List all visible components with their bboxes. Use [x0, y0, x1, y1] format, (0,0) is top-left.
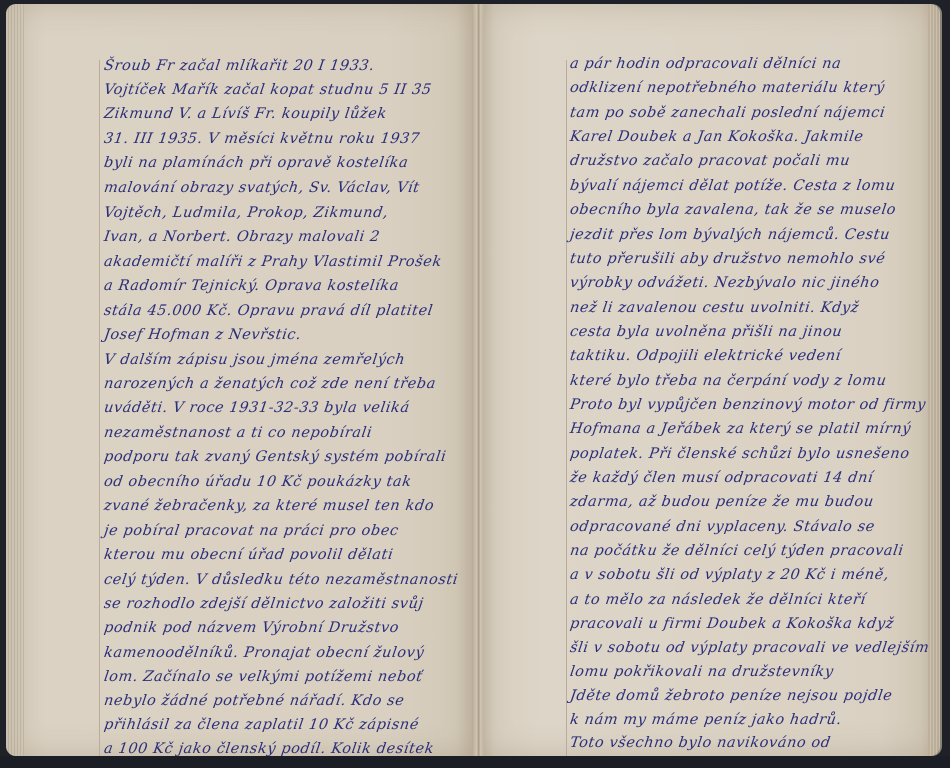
handwritten-line: Toto všechno bylo navikováno od: [569, 735, 832, 751]
handwritten-line: výrobky odvážeti. Nezbývalo nic jiného: [569, 275, 881, 291]
handwritten-line: že každý člen musí odpracovati 14 dní: [569, 470, 874, 486]
handwritten-line: a Radomír Tejnický. Oprava kostelíka: [103, 278, 400, 294]
book-spine-gutter: [472, 4, 484, 756]
handwritten-line: tam po sobě zanechali poslední nájemci: [569, 105, 886, 121]
handwritten-line: pracovali u firmi Doubek a Kokoška když: [569, 616, 895, 632]
handwritten-line: a v sobotu šli od výplaty z 20 Kč i méně…: [569, 567, 890, 583]
handwritten-line: Karel Doubek a Jan Kokoška. Jakmile: [569, 129, 865, 145]
handwritten-line: je pobíral pracovat na práci pro obec: [103, 523, 400, 539]
handwritten-line: a 100 Kč jako členský podíl. Kolik desít…: [103, 741, 435, 757]
handwritten-line: obecního byla zavalena, tak že se muselo: [569, 202, 897, 218]
handwritten-line: Ivan, a Norbert. Obrazy malovali 2: [103, 229, 381, 245]
handwritten-line: na počátku že dělníci celý týden pracova…: [569, 543, 905, 559]
handwritten-line: zdarma, až budou peníze že mu budou: [569, 494, 875, 510]
left-page-edges: [6, 4, 24, 756]
left-page-margin-line: [99, 60, 100, 756]
handwritten-line: Vojtěch, Ludmila, Prokop, Zikmund,: [103, 205, 389, 221]
handwritten-line: zvané žebračenky, za které musel ten kdo: [103, 498, 435, 514]
handwritten-line: Zikmund V. a Lívíš Fr. koupily lůžek: [103, 106, 388, 122]
handwritten-line: cesta byla uvolněna přišli na jinou: [569, 324, 844, 340]
handwritten-line: akademičtí malíři z Prahy Vlastimil Proš…: [103, 254, 443, 270]
handwritten-line: a to mělo za následek že dělníci kteří: [569, 592, 867, 608]
handwritten-line: byli na plamínách při opravě kostelíka: [103, 155, 410, 171]
handwritten-line: podporu tak zvaný Gentský systém pobíral…: [103, 449, 447, 465]
right-page-margin-line: [566, 60, 567, 756]
handwritten-line: se rozhodlo zdejší dělnictvo založiti sv…: [103, 596, 425, 612]
handwritten-line: narozených a ženatých což zde není třeba: [103, 376, 437, 392]
handwritten-line: lom. Začínalo se velkými potížemi neboť: [103, 669, 424, 685]
handwritten-line: stála 45.000 Kč. Opravu pravá díl platit…: [103, 303, 434, 319]
handwritten-line: uváděti. V roce 1931-32-33 byla veliká: [103, 400, 411, 416]
handwritten-line: Hofmana a Jeřábek za který se platil mír…: [569, 421, 912, 437]
handwritten-line: kterou mu obecní úřad povolil dělati: [103, 547, 395, 563]
handwritten-line: nezaměstnanost a ti co nepobírali: [103, 425, 373, 441]
handwritten-line: Josef Hofman z Nevřstic.: [103, 327, 303, 343]
handwritten-line: taktiku. Odpojili elektrické vedení: [569, 348, 842, 364]
handwritten-line: malování obrazy svatých, Sv. Václav, Vít: [103, 180, 421, 196]
handwritten-line: a pár hodin odpracovali dělníci na: [569, 56, 843, 72]
handwritten-line: nebylo žádné potřebné nářadí. Kdo se: [103, 693, 406, 709]
handwritten-line: tuto přerušili aby družstvo nemohlo své: [569, 251, 887, 267]
handwritten-line: družstvo začalo pracovat počali mu: [569, 153, 851, 169]
background-surface: [0, 756, 950, 768]
handwritten-line: než li zavalenou cestu uvolniti. Když: [569, 300, 860, 316]
right-page-edges: [928, 4, 942, 756]
handwritten-line: 31. III 1935. V měsíci květnu roku 1937: [103, 131, 421, 147]
handwritten-line: podnik pod názvem Výrobní Družstvo: [103, 620, 400, 636]
handwritten-line: bývalí nájemci dělat potíže. Cesta z lom…: [569, 178, 897, 194]
handwritten-line: Proto byl vypůjčen benzinový motor od fi…: [569, 397, 927, 413]
handwritten-line: celý týden. V důsledku této nezaměstnano…: [103, 572, 459, 588]
handwritten-line: Jděte domů žebroto peníze nejsou pojdle: [569, 688, 894, 704]
handwritten-line: Šroub Fr začal mlíkařit 20 I 1933.: [103, 58, 376, 74]
handwritten-line: poplatek. Při členské schůzi bylo usneše…: [569, 446, 911, 462]
handwritten-line: přihlásil za člena zaplatil 10 Kč zápisn…: [103, 717, 420, 733]
handwritten-line: odpracované dni vyplaceny. Stávalo se: [569, 519, 876, 535]
handwritten-line: od obecního úřadu 10 Kč poukázky tak: [103, 474, 413, 490]
handwritten-line: lomu pokřikovali na družstevníky: [569, 664, 835, 680]
handwritten-line: V dalším zápisu jsou jména zemřelých: [103, 352, 406, 368]
handwritten-line: kamenoodělníků. Pronajat obecní žulový: [103, 645, 425, 661]
handwritten-line: Vojtíček Mařík začal kopat studnu 5 II 3…: [103, 82, 433, 98]
handwritten-line: které bylo třeba na čerpání vody z lomu: [569, 373, 888, 389]
open-book: Šroub Fr začal mlíkařit 20 I 1933. Vojtí…: [0, 0, 950, 768]
handwritten-line: šli v sobotu od výplaty pracovali ve ved…: [569, 640, 931, 656]
handwritten-line: odklizení nepotřebného materiálu který: [569, 80, 886, 96]
handwritten-line: jezdit přes lom bývalých nájemců. Cestu: [569, 227, 891, 243]
handwritten-line: k nám my máme peníz jako hadrů.: [569, 712, 843, 728]
